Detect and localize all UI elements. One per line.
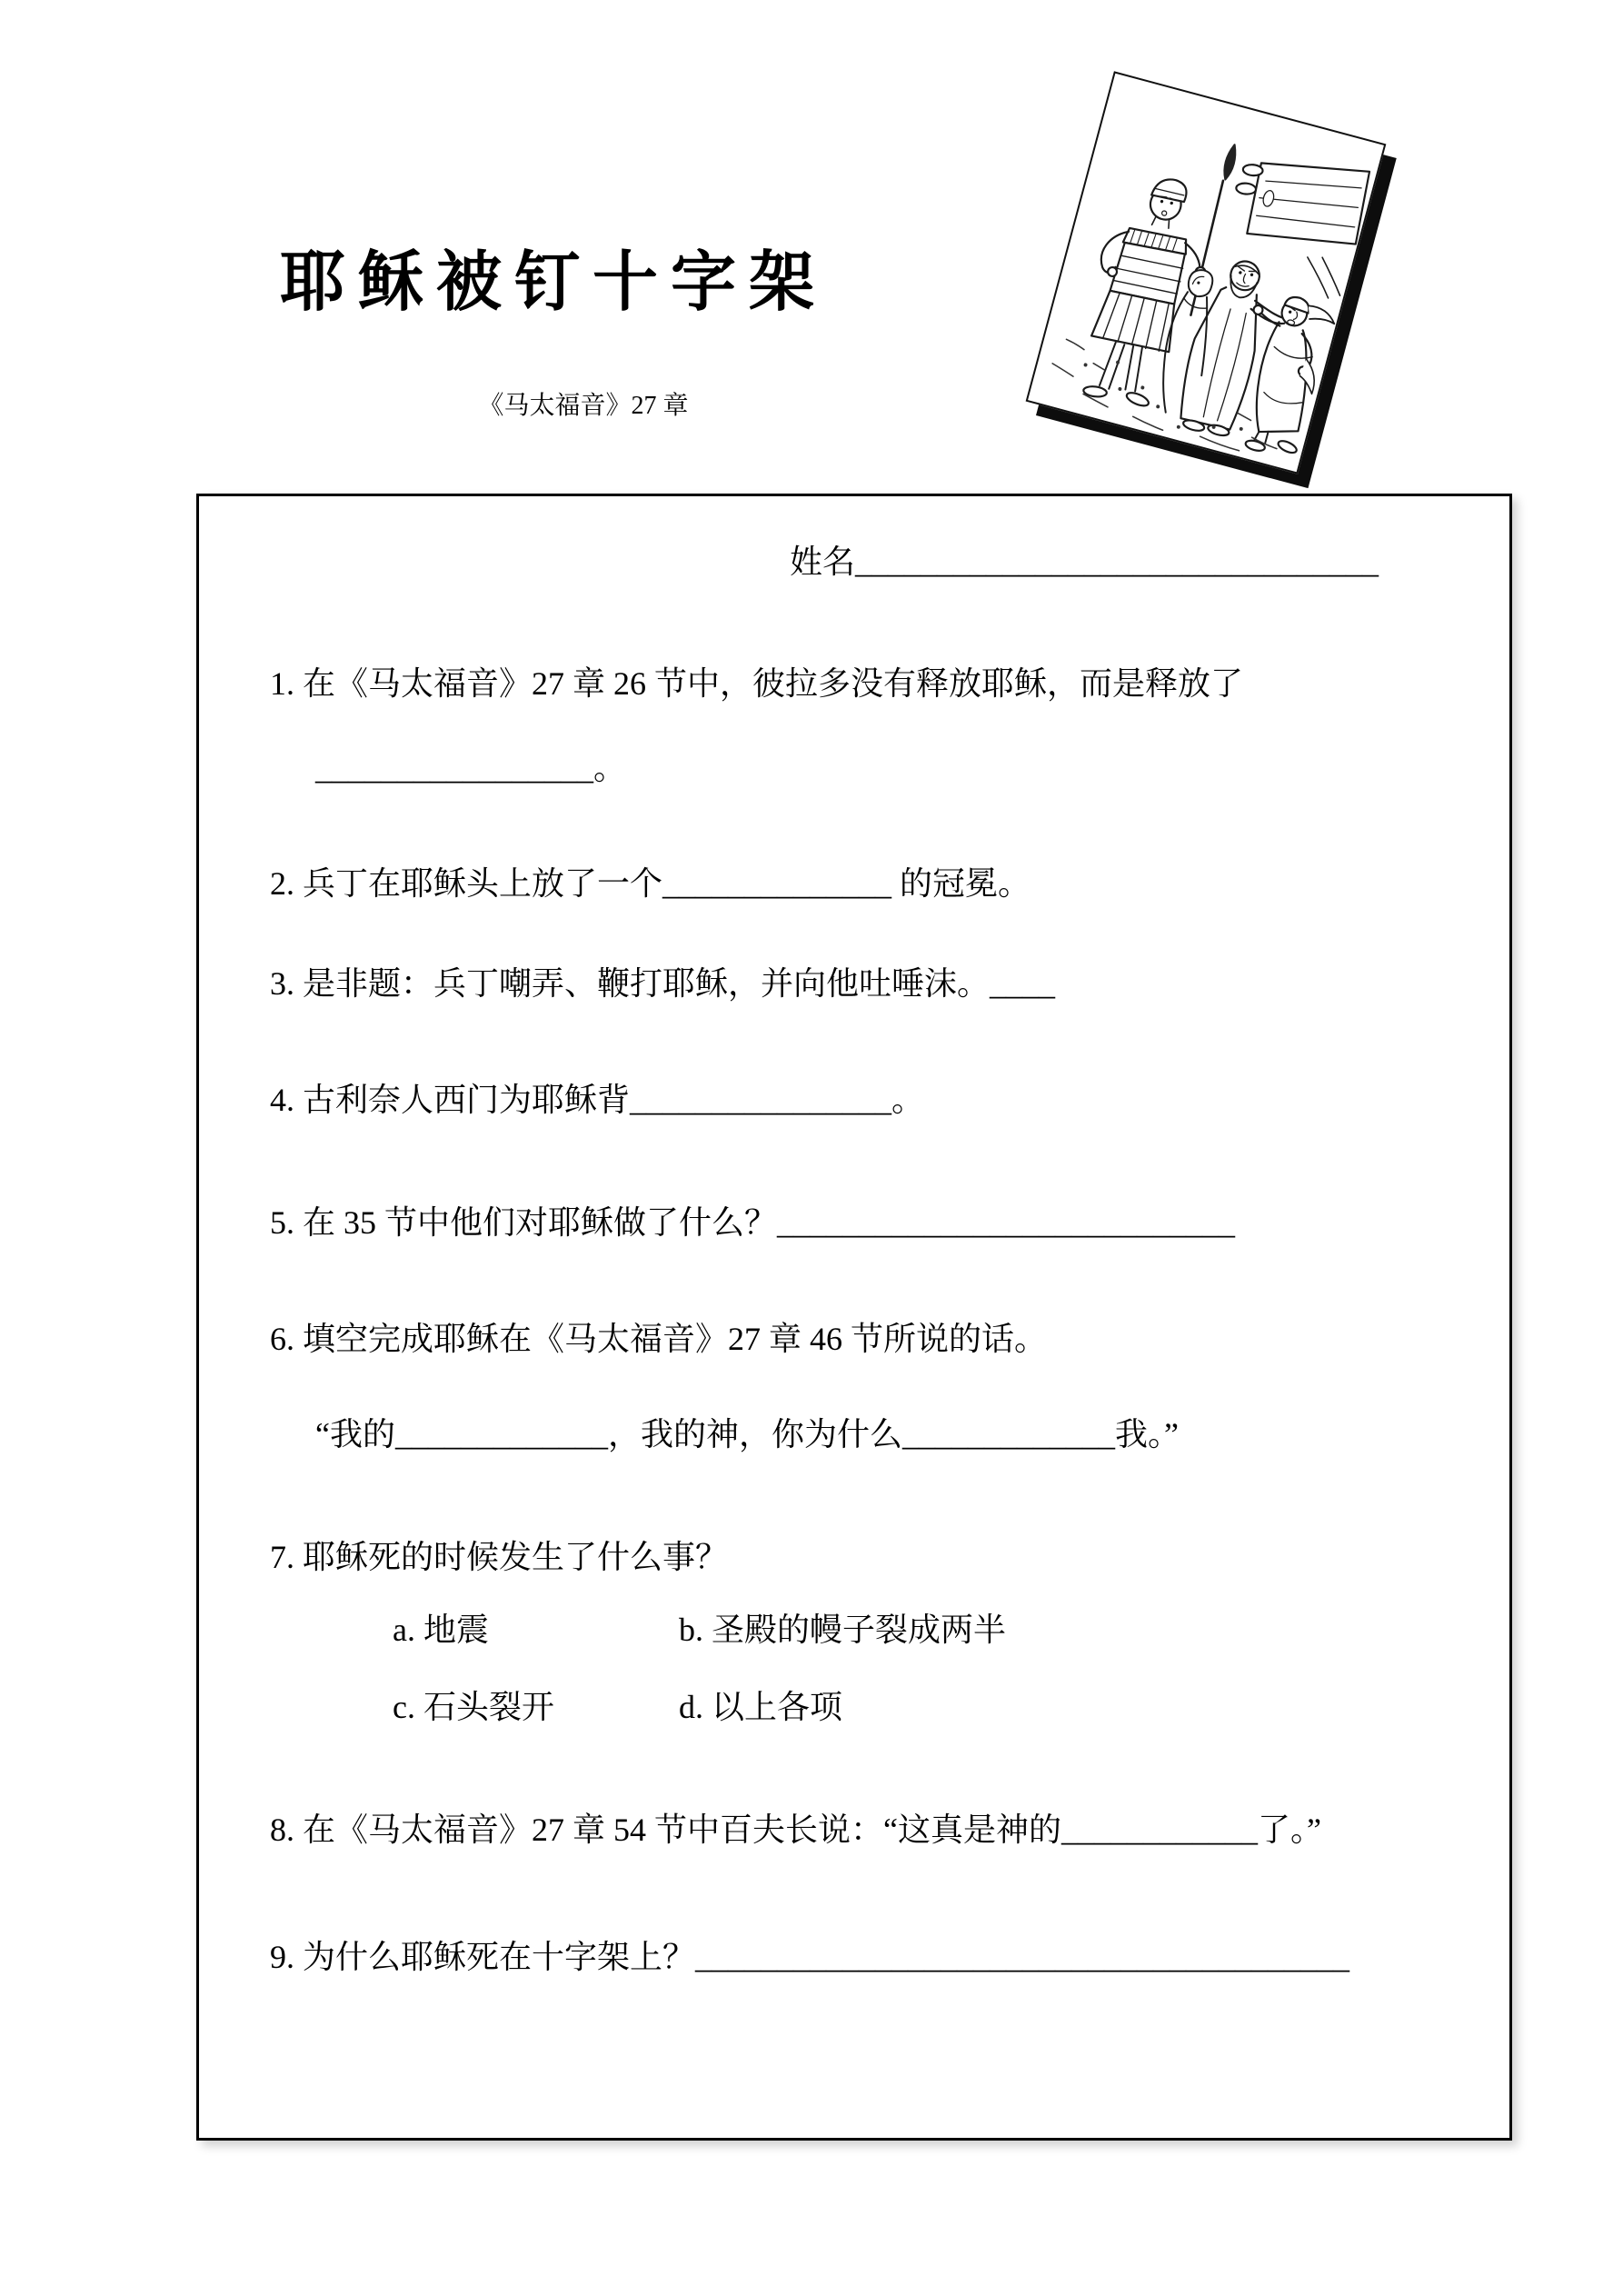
question-3: 3. 是非题：兵丁嘲弄、鞭打耶稣，并向他吐唾沫。____	[270, 961, 1473, 1006]
question-5: 5. 在 35 节中他们对耶稣做了什么？____________________…	[270, 1200, 1473, 1245]
question-7-options-row-1: a. 地震b. 圣殿的幔子裂成两半	[393, 1607, 1509, 1652]
worksheet-page: 耶稣被钉十字架 《马太福音》27 章	[0, 0, 1623, 2296]
question-7-option-d: d. 以上各项	[679, 1689, 842, 1725]
question-2: 2. 兵丁在耶稣头上放了一个______________ 的冠冕。	[270, 861, 1473, 906]
robed-man	[1219, 287, 1339, 462]
question-7-option-a: a. 地震	[393, 1607, 679, 1652]
page-title: 耶稣被钉十字架	[280, 229, 827, 324]
question-7: 7. 耶稣死的时候发生了什么事？	[270, 1534, 1473, 1580]
name-line: 姓名________________________________	[790, 539, 1509, 584]
question-7-option-c: c. 石头裂开	[393, 1684, 679, 1730]
name-label: 姓名	[790, 544, 855, 580]
page-subtitle: 《马太福音》27 章	[284, 385, 883, 422]
question-8: 8. 在《马太福音》27 章 54 节中百夫长说：“这真是神的_________…	[270, 1807, 1473, 1852]
question-1-answer-blank: _________________。	[315, 745, 1473, 791]
question-9: 9. 为什么耶稣死在十字架上？_________________________…	[270, 1934, 1473, 1980]
worksheet-box: 姓名________________________________ 1. 在《…	[196, 494, 1512, 2141]
question-7-option-b: b. 圣殿的幔子裂成两半	[679, 1612, 1006, 1648]
crucifixion-illustration	[1026, 71, 1387, 474]
question-1: 1. 在《马太福音》27 章 26 节中，彼拉多没有释放耶稣，而是释放了	[270, 661, 1473, 706]
question-6: 6. 填空完成耶稣在《马太福音》27 章 46 节所说的话。	[270, 1316, 1473, 1362]
question-4: 4. 古利奈人西门为耶稣背________________。	[270, 1077, 1473, 1123]
question-6-quote-blank: “我的_____________，我的神，你为什么_____________我。…	[315, 1412, 1473, 1457]
question-7-options-row-2: c. 石头裂开d. 以上各项	[393, 1684, 1509, 1730]
name-blank: ________________________________	[855, 544, 1379, 580]
